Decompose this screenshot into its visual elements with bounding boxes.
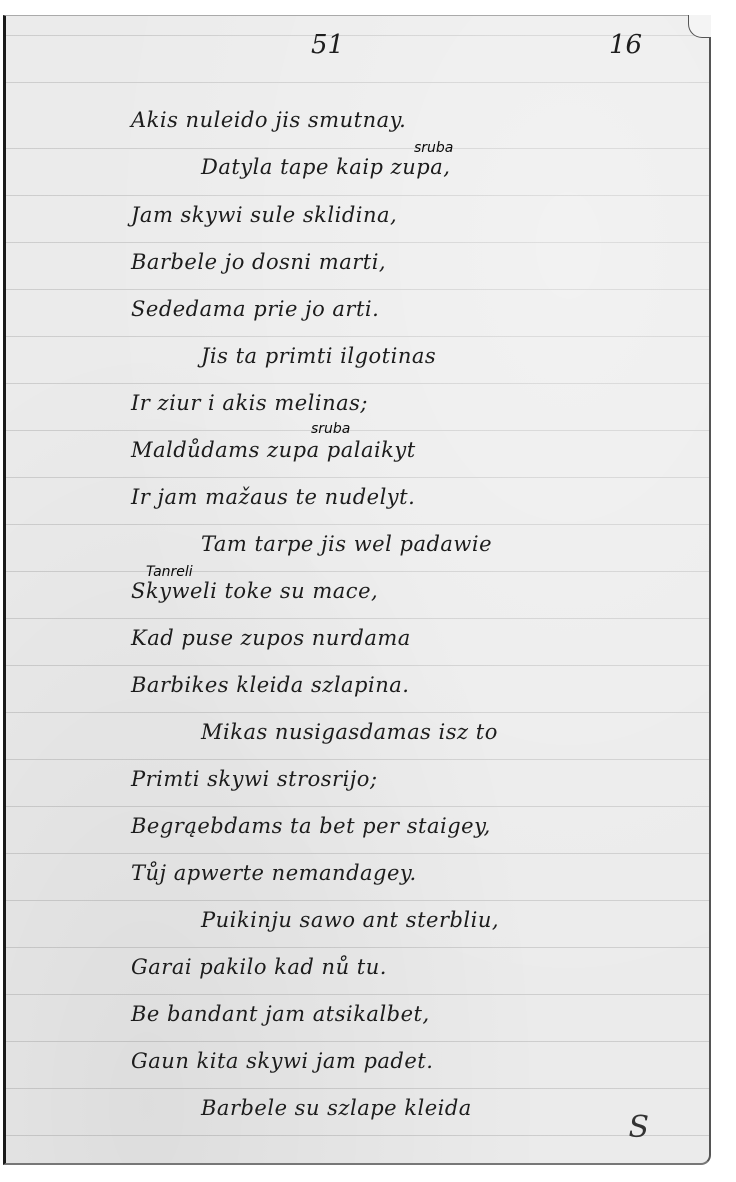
text-line: Ir ziur i akis melinas;: [131, 391, 368, 415]
page-number-left: 51: [311, 30, 344, 60]
text-line: Sededama prie jo arti.: [131, 297, 379, 321]
annotation-sruba: sruba: [311, 421, 350, 437]
page-number-right: 16: [609, 30, 642, 60]
folded-corner: [688, 15, 711, 38]
text-line: Kad puse zupos nurdama: [131, 626, 411, 650]
text-line: Puikinju sawo ant sterbliu,: [201, 908, 499, 932]
text-line: Garai pakilo kad nů tu.: [131, 955, 387, 979]
text-line: Barbikes kleida szlapina.: [131, 673, 409, 697]
manuscript-page: 51 16 Akis nuleido jis smutnay. sruba Da…: [3, 15, 711, 1165]
text-line: Primti skywi strosrijo;: [131, 767, 378, 791]
text-line: Gaun kita skywi jam padet.: [131, 1049, 433, 1073]
annotation-tanreli: Tanreli: [146, 564, 193, 580]
text-line: Skyweli toke su mace,: [131, 579, 378, 603]
annotation-sruba: sruba: [414, 140, 453, 156]
text-line: Ir jam mažaus te nudelyt.: [131, 485, 415, 509]
text-line: Tůj apwerte nemandagey.: [131, 861, 417, 885]
corner-mark: S: [628, 1110, 649, 1145]
text-line: Jis ta primti ilgotinas: [201, 344, 436, 368]
text-line: Akis nuleido jis smutnay.: [131, 108, 406, 132]
text-line: Jam skywi sule sklidina,: [131, 203, 397, 227]
text-line: Maldůdams zupa palaikyt: [131, 438, 416, 462]
text-line: Barbele su szlape kleida: [201, 1096, 472, 1120]
text-line: Tam tarpe jis wel padawie: [201, 532, 492, 556]
text-line: Mikas nusigasdamas isz to: [201, 720, 498, 744]
text-line: Be bandant jam atsikalbet,: [131, 1002, 430, 1026]
text-line: Begrąebdams ta bet per staigey,: [131, 814, 491, 838]
text-line: Barbele jo dosni marti,: [131, 250, 386, 274]
text-line: Datyla tape kaip zupa,: [201, 155, 450, 179]
